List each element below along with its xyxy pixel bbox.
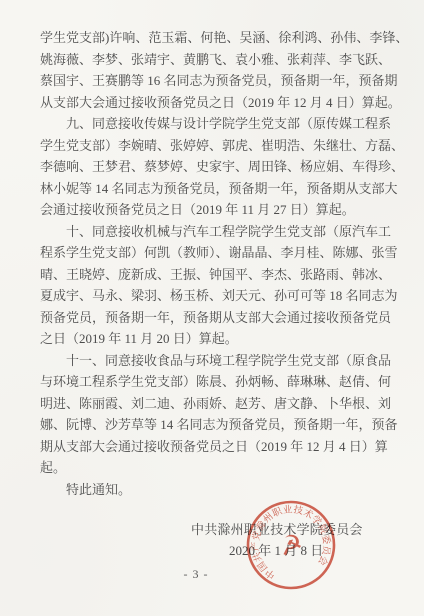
body-line: 十一、同意接收食品与环境工程学院学生党支部（原食品 (40, 350, 385, 372)
body-line: 学生党支部）李婉晴、张婷婷、郭虎、崔明浩、朱继壮、方磊、 (40, 135, 385, 157)
body-line: 预备党员，预备期一年，预备期从支部大会通过接收预备党员 (40, 307, 385, 329)
body-line: 十、同意接收机械与汽车工程学院学生党支部（原汽车工 (40, 221, 385, 243)
body-line: 从支部大会通过接收预备党员之日（2019 年 12 月 4 日）算起。 (40, 92, 385, 114)
closing-notice: 特此通知。 (40, 479, 385, 501)
body-line: 之日（2019 年 11 月 20 日）算起。 (40, 328, 385, 350)
seal-ring-text: 中国共产党滁州职业技术学院委员会 (240, 494, 339, 584)
body-line: 程系学生党支部）何凯（教师）、谢晶晶、李月桂、陈娜、张雪 (40, 242, 385, 264)
issuing-authority-signature: 中共滁州职业技术学院委员会 (191, 521, 363, 538)
scanned-document-page: { "document": { "lines": [ {"text": "学生党… (0, 0, 424, 616)
body-text: 学生党支部)许响、范玉霜、何艳、吴涵、徐利鸿、孙伟、李锋、姚海薇、李梦、张靖宇、… (40, 27, 385, 479)
body-line: 娜、阮博、沙芳草等 14 名同志为预备党员，预备期一年，预备 (40, 414, 385, 436)
body-line: 起。 (40, 457, 385, 479)
document-page: 学生党支部)许响、范玉霜、何艳、吴涵、徐利鸿、孙伟、李锋、姚海薇、李梦、张靖宇、… (0, 0, 424, 616)
body-line: 会通过接收预备党员之日（2019 年 11 月 27 日）算起。 (40, 199, 385, 221)
body-line: 期从支部大会通过接收预备党员之日（2019 年 12 月 4 日）算 (40, 436, 385, 458)
body-line: 夏成宇、马永、梁羽、杨玉桥、刘天元、孙可可等 18 名同志为 (40, 285, 385, 307)
page-number: - 3 - (168, 566, 224, 582)
body-line: 李德响、王梦君、蔡梦婷、史家宇、周田锋、杨应娟、车得珍、 (40, 156, 385, 178)
body-line: 晴、王晓婷、庞新成、王振、钟国平、李杰、张路雨、韩冰、 (40, 264, 385, 286)
body-line: 姚海薇、李梦、张靖宇、黄鹏飞、袁小雅、张莉萍、李飞跃、 (40, 49, 385, 71)
body-line: 学生党支部)许响、范玉霜、何艳、吴涵、徐利鸿、孙伟、李锋、 (40, 27, 385, 49)
body-line: 蔡国宇、王赛鹏等 16 名同志为预备党员，预备期一年，预备期 (40, 70, 385, 92)
body-line: 九、同意接收传媒与设计学院学生党支部（原传媒工程系 (40, 113, 385, 135)
document-date: 2020 年 1 月 8 日 (229, 542, 323, 559)
body-line: 明进、陈丽霞、刘二迪、孙雨娇、赵芳、唐文静、卜华根、刘 (40, 393, 385, 415)
body-line: 与环境工程系学生党支部）陈晨、孙炳畅、薛琳琳、赵倩、何 (40, 371, 385, 393)
body-line: 林小妮等 14 名同志为预备党员，预备期一年，预备期从支部大 (40, 178, 385, 200)
